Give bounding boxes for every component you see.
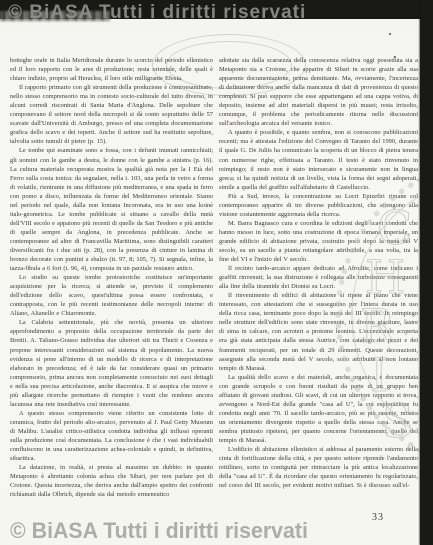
paragraph: Le tombe qui esaminate sono a fossa, con…	[10, 146, 213, 273]
paragraph: A quanto è possibile, e quanto sembra, n…	[219, 128, 418, 191]
paragraph: La Calabria settentrionale, più che novi…	[10, 318, 213, 408]
paragraph: Il rapporto primario con gli strumenti d…	[10, 83, 213, 146]
paragraph: botteghe orafe in Italia Meridionale dur…	[10, 56, 213, 83]
paragraph: A questo stesso comprensorio viene rifer…	[10, 409, 213, 463]
text-column-left: botteghe orafe in Italia Meridionale dur…	[10, 56, 213, 515]
watermark-bottom: © BiASA Tutti i diritti riservati	[10, 518, 308, 544]
paragraph: Il rinvenimento di edifici di abitazione…	[219, 291, 418, 372]
paragraph: adottate sia dalla scarsezza della conos…	[219, 56, 418, 128]
paragraph: La qualità dello scavo e dei materiali, …	[219, 373, 418, 445]
scanned-page: C H R I S botteghe orafe in Italia Merid…	[0, 0, 433, 545]
watermark-top: © BiASA Tutti i diritti riservati	[8, 2, 306, 24]
scan-speck	[394, 56, 396, 58]
paragraph: Più a Sud, invece, la concentrazione su …	[219, 192, 418, 219]
paragraph: L'edificio di abitazione ellenistico si …	[219, 445, 418, 490]
paragraph: La datazione, in realtà, si presta al ma…	[10, 463, 213, 499]
paragraph: Il recinto tardo-arcaico appare dedicato…	[219, 264, 418, 291]
text-column-right: adottate sia dalla scarsezza della conos…	[219, 56, 418, 508]
scan-speck	[389, 33, 391, 35]
scanner-band-right	[420, 0, 433, 545]
paragraph: Lo studio su queste tombe protostoriche …	[10, 273, 213, 318]
page-number: 33	[372, 512, 384, 523]
paragraph: M. Barra Bagnasco cura e coordina le edi…	[219, 219, 418, 264]
